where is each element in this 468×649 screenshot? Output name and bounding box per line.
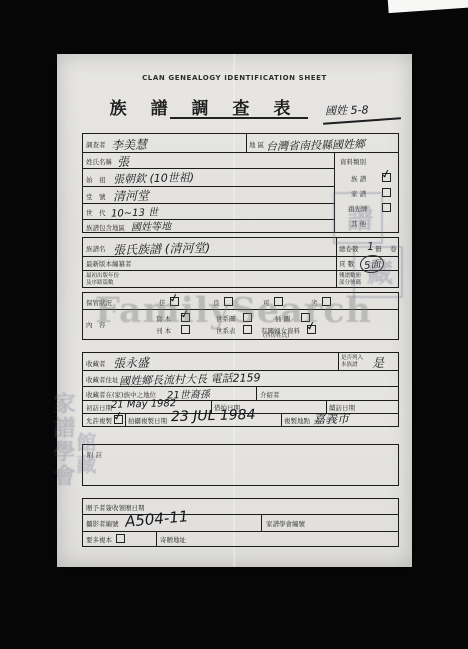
copy-place-label: 複製地點	[284, 416, 310, 425]
pages-label: 頁 數	[339, 259, 354, 268]
footer-table: 贈予者簽收領贈日期 攝影者編號 A504-11 家譜學會編號 要多複本 寄贈地址	[82, 498, 399, 547]
copy-date-label: 拍攝複製日期	[128, 416, 167, 425]
copies-label: 要多複本	[86, 535, 112, 544]
region-value: 國姓等地	[131, 217, 171, 233]
owner-table: 收藏者 張永盛 是否列入本族譜 是 收藏者住址 國姓鄉長流村大長 電話2159 …	[82, 352, 399, 427]
book-table: 族譜名 張氏族譜 (清河堂) 總卷數 1 冊 卷 最新版本編纂者 頁 數 5面 …	[82, 237, 399, 288]
generations-label: 世 代	[86, 208, 106, 217]
investigator-value: 李美慧	[111, 136, 147, 154]
surname-label: 姓氏名稱	[86, 157, 112, 166]
scan-corner-artifact	[388, 0, 468, 13]
seal-stamp: 藏	[353, 246, 403, 298]
society-no-label: 家譜學會編號	[266, 519, 305, 528]
document-page: CLAN GENEALOGY IDENTIFICATION SHEET 族 譜 …	[57, 54, 412, 567]
familysearch-watermark: FamilySearch	[95, 290, 372, 331]
grid-line	[281, 413, 282, 426]
grid-line	[261, 514, 262, 531]
first-publication-label: 最初出版年份及序跋篇數	[86, 273, 119, 287]
founder-value: 張朝欽 (10世祖)	[113, 169, 194, 187]
introducer-label: 介紹者	[260, 390, 280, 399]
grid-line	[336, 238, 337, 287]
hall-label: 堂 號	[86, 192, 106, 201]
permit-copy-label: 允許複製	[86, 416, 112, 425]
grid-line	[125, 413, 126, 426]
checkbox-family-genealogy	[382, 188, 391, 197]
checkbox-permit-copy	[114, 415, 123, 424]
owner-position-label: 收藏者在(家)族中之地位	[86, 390, 156, 399]
compiler-label: 最新版本編纂者	[86, 259, 132, 268]
checkbox-ancestor-tablet	[382, 203, 391, 212]
womens-data-note: (各房姓氏)	[263, 333, 289, 340]
notes-box: 附 註	[82, 444, 399, 486]
seal-stamp: 譜	[333, 192, 383, 244]
grid-line	[338, 353, 339, 370]
grid-line	[156, 531, 157, 546]
copy-date-value: 23 JUL 1984	[171, 407, 256, 425]
book-name-label: 族譜名	[86, 244, 106, 253]
surname-value: 張	[117, 153, 129, 170]
owner-value: 張永盛	[113, 354, 149, 372]
checkbox-clan-genealogy	[382, 173, 391, 182]
send-address-label: 寄贈地址	[160, 535, 186, 544]
area-label: 地 區	[249, 140, 264, 149]
seal-stamp: 館藏	[71, 432, 100, 528]
title-underline	[170, 117, 308, 119]
page-title: 族 譜 調 查 表	[57, 94, 352, 119]
owner-address-label: 收藏者住址	[86, 375, 119, 384]
founder-label: 始 祖	[86, 175, 106, 184]
grid-line	[83, 270, 398, 271]
area-value: 台灣省南投縣國姓鄉	[266, 136, 365, 155]
region-label: 族譜包含地區	[86, 223, 125, 232]
category-item-label: 族 譜	[351, 174, 366, 183]
grid-line	[256, 386, 257, 400]
checkbox-want-copies	[116, 534, 125, 543]
listed-value: 是	[372, 354, 384, 371]
book-name-value: 張氏族譜 (清河堂)	[113, 239, 211, 259]
investigator-label: 調查者	[86, 140, 106, 149]
english-header: CLAN GENEALOGY IDENTIFICATION SHEET	[57, 74, 412, 82]
hall-value: 清河堂	[113, 187, 149, 205]
owner-label: 收藏者	[86, 359, 106, 368]
page-note-handwritten: 國姓 5-8	[325, 101, 369, 118]
listed-label: 是否列入本族譜	[341, 355, 363, 369]
grid-line	[83, 531, 398, 532]
category-label: 資料類別	[340, 157, 366, 166]
first-visit-label: 初訪日期	[86, 403, 112, 412]
grid-line	[246, 134, 247, 152]
copy-place-value: 嘉義市	[313, 410, 349, 428]
